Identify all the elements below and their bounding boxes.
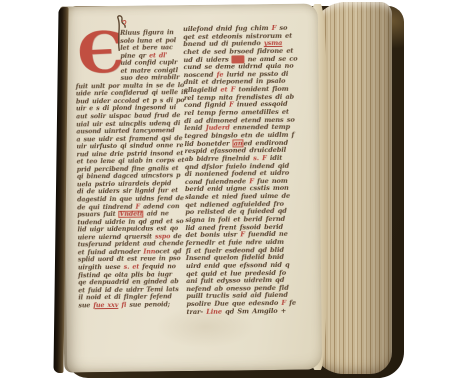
manuscript-column-right: uilefond dnid fug chim F soqet est etdeo… bbox=[183, 25, 313, 317]
manuscript-text-line: sue fue xxv fi sue penoid; bbox=[78, 301, 180, 310]
manuscript-photo: Є Riuus figura insolo luna et pollet et … bbox=[0, 0, 468, 382]
pen-flourish-icon bbox=[112, 14, 130, 52]
parchment-page: Є Riuus figura insolo luna et pollet et … bbox=[60, 3, 322, 372]
manuscript-text-line: trar- Line qd Sm Amgilo + bbox=[186, 307, 312, 316]
